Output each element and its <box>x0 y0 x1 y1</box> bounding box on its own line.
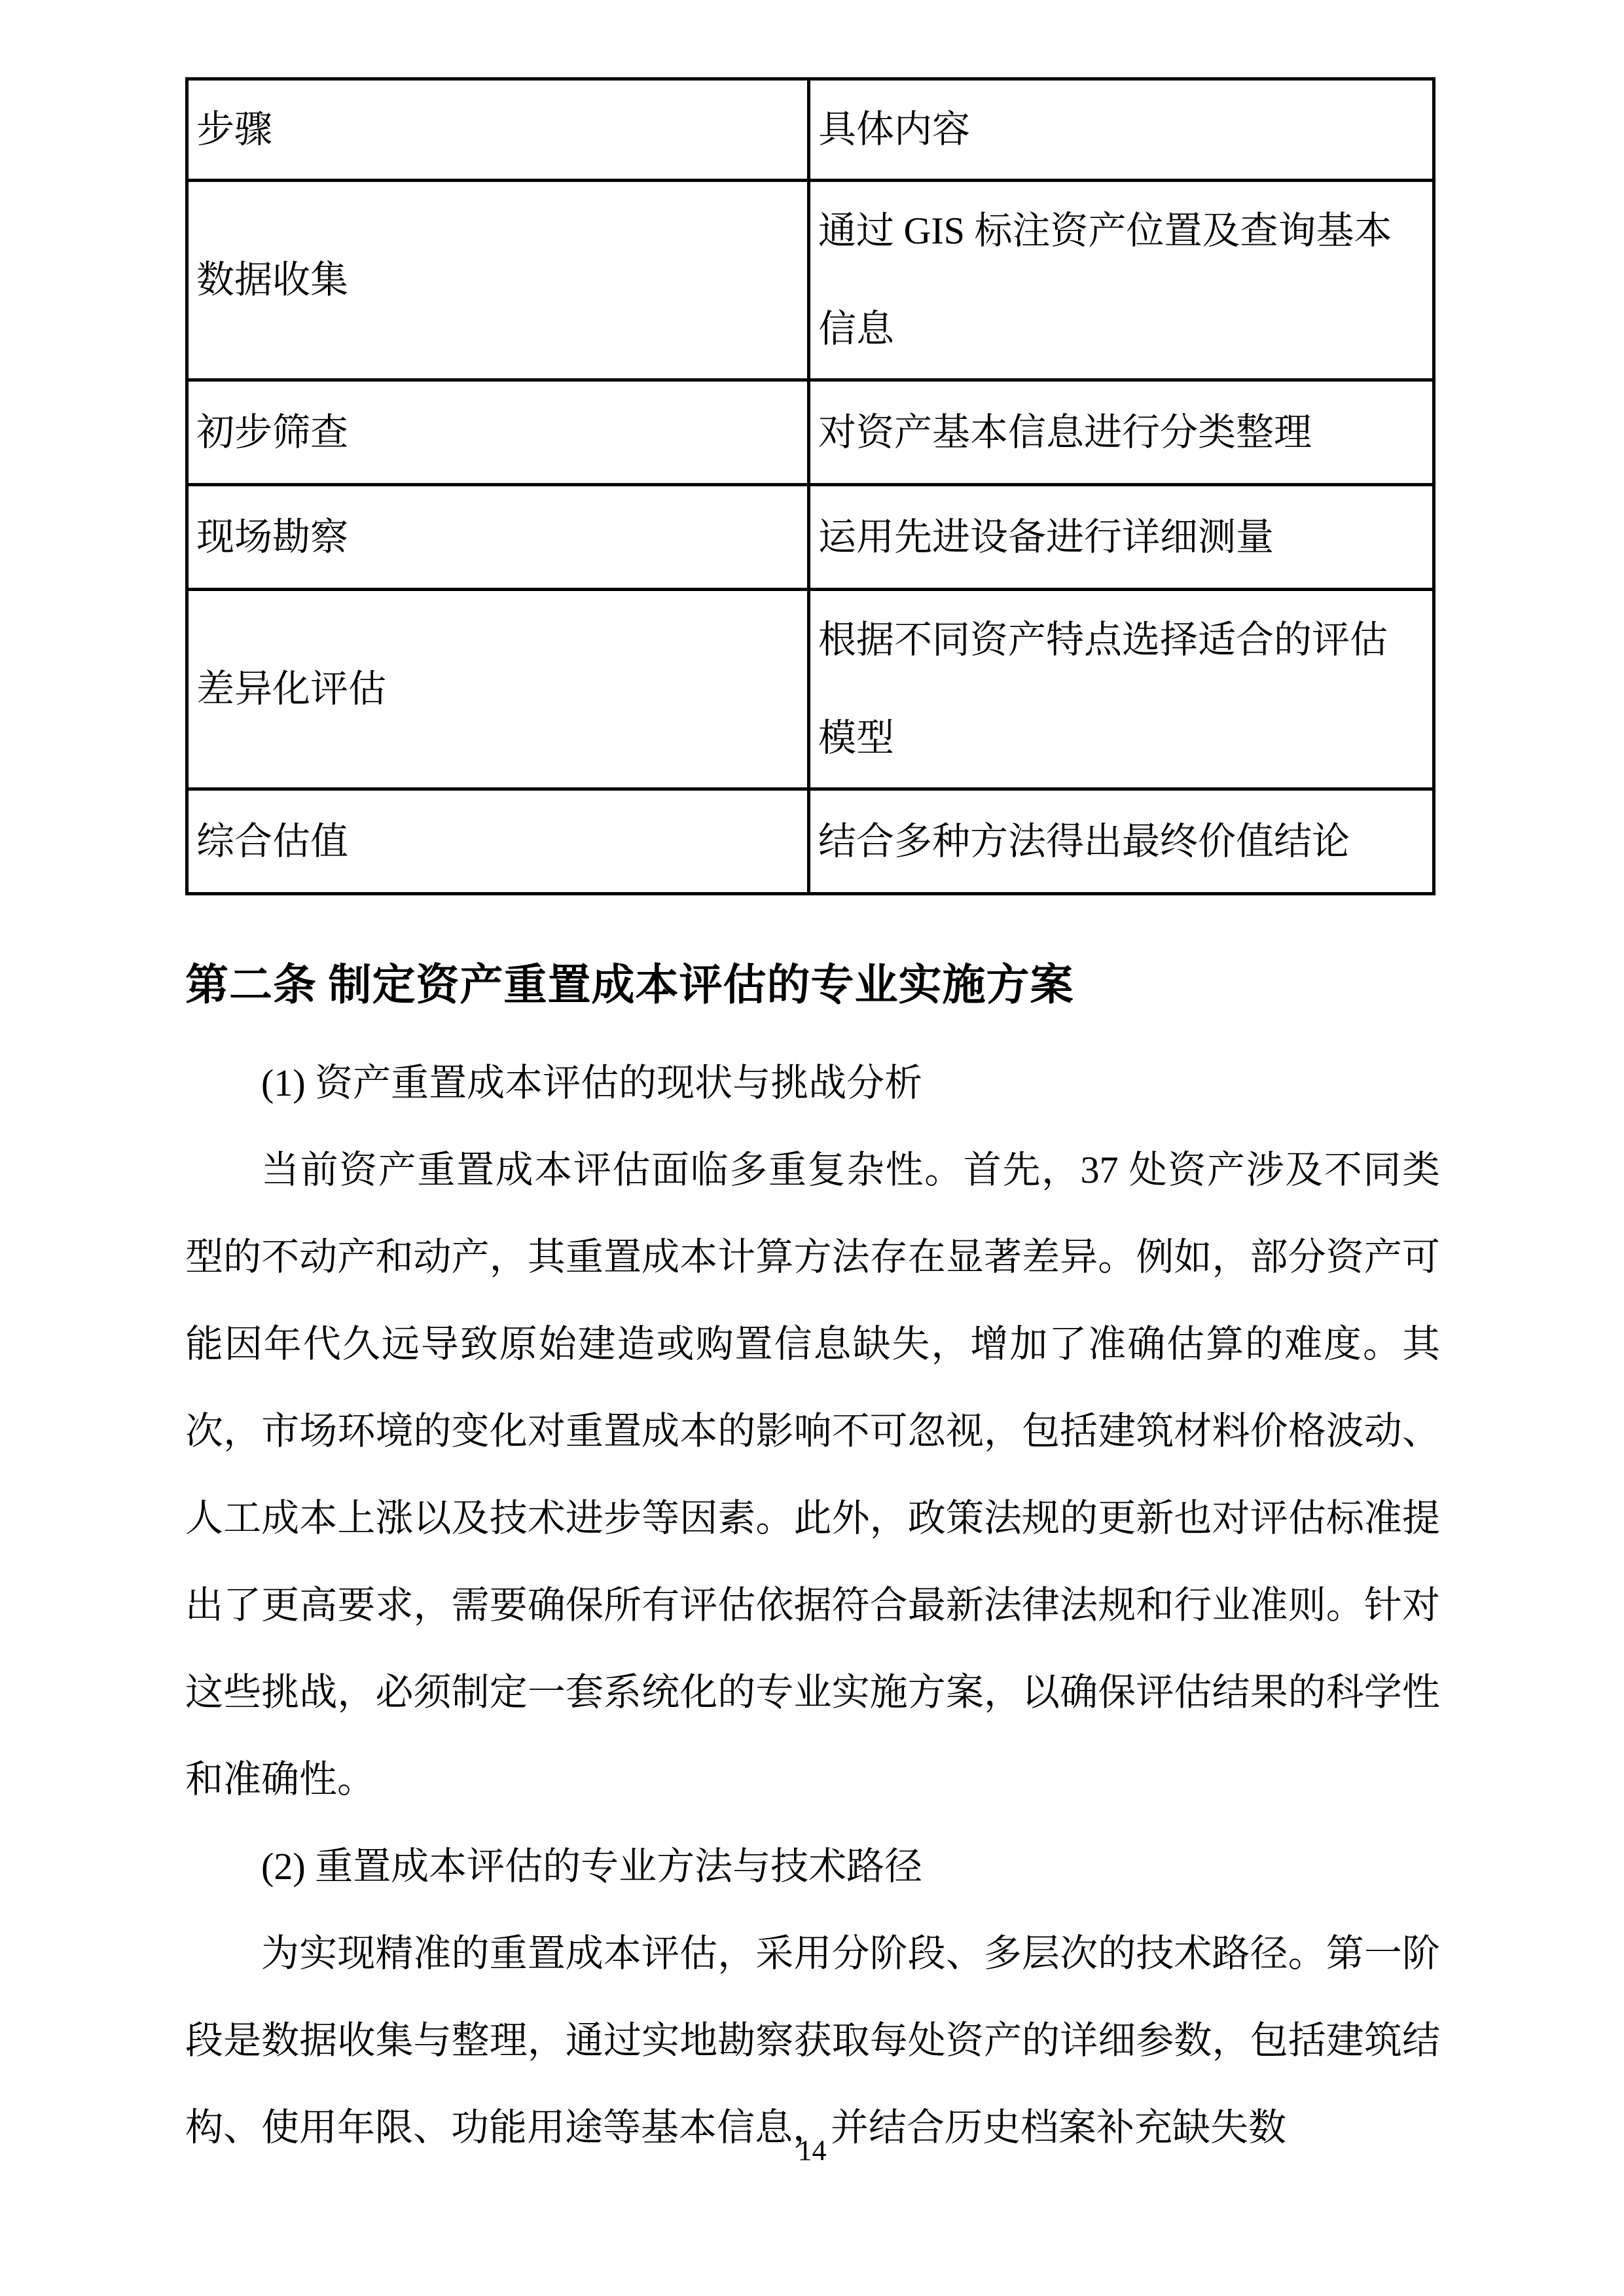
table-cell-content: 对资产基本信息进行分类整理 <box>809 380 1434 485</box>
table-cell-content: 结合多种方法得出最终价值结论 <box>809 789 1434 894</box>
table-row: 综合估值 结合多种方法得出最终价值结论 <box>187 789 1434 894</box>
table-row: 现场勘察 运用先进设备进行详细测量 <box>187 485 1434 590</box>
paragraph-subsection-1: (1) 资产重置成本评估的现状与挑战分析 <box>185 1039 1440 1126</box>
table-cell-content: 通过 GIS 标注资产位置及查询基本信息 <box>809 181 1434 380</box>
page-number: 14 <box>0 2134 1624 2168</box>
section-heading: 第二条 制定资产重置成本评估的专业实施方案 <box>185 956 1440 1016</box>
paragraph-body-2: 为实现精准的重置成本评估，采用分阶段、多层次的技术路径。第一阶段是数据收集与整理… <box>185 1910 1440 2171</box>
table-cell-step: 综合估值 <box>187 789 809 894</box>
table-cell-step: 现场勘察 <box>187 485 809 590</box>
table-cell-step: 初步筛查 <box>187 380 809 485</box>
table-header-step: 步骤 <box>187 79 809 181</box>
paragraph-body-1: 当前资产重置成本评估面临多重复杂性。首先，37 处资产涉及不同类型的不动产和动产… <box>185 1126 1440 1823</box>
table-row: 初步筛查 对资产基本信息进行分类整理 <box>187 380 1434 485</box>
table-header-row: 步骤 具体内容 <box>187 79 1434 181</box>
document-page: 步骤 具体内容 数据收集 通过 GIS 标注资产位置及查询基本信息 初步筛查 对… <box>0 0 1624 2296</box>
table-header-content: 具体内容 <box>809 79 1434 181</box>
table-cell-content: 运用先进设备进行详细测量 <box>809 485 1434 590</box>
paragraph-subsection-2: (2) 重置成本评估的专业方法与技术路径 <box>185 1823 1440 1910</box>
process-table: 步骤 具体内容 数据收集 通过 GIS 标注资产位置及查询基本信息 初步筛查 对… <box>185 77 1435 895</box>
table-cell-content: 根据不同资产特点选择适合的评估模型 <box>809 590 1434 789</box>
table-row: 差异化评估 根据不同资产特点选择适合的评估模型 <box>187 590 1434 789</box>
table-cell-step: 数据收集 <box>187 181 809 380</box>
table-row: 数据收集 通过 GIS 标注资产位置及查询基本信息 <box>187 181 1434 380</box>
table-cell-step: 差异化评估 <box>187 590 809 789</box>
